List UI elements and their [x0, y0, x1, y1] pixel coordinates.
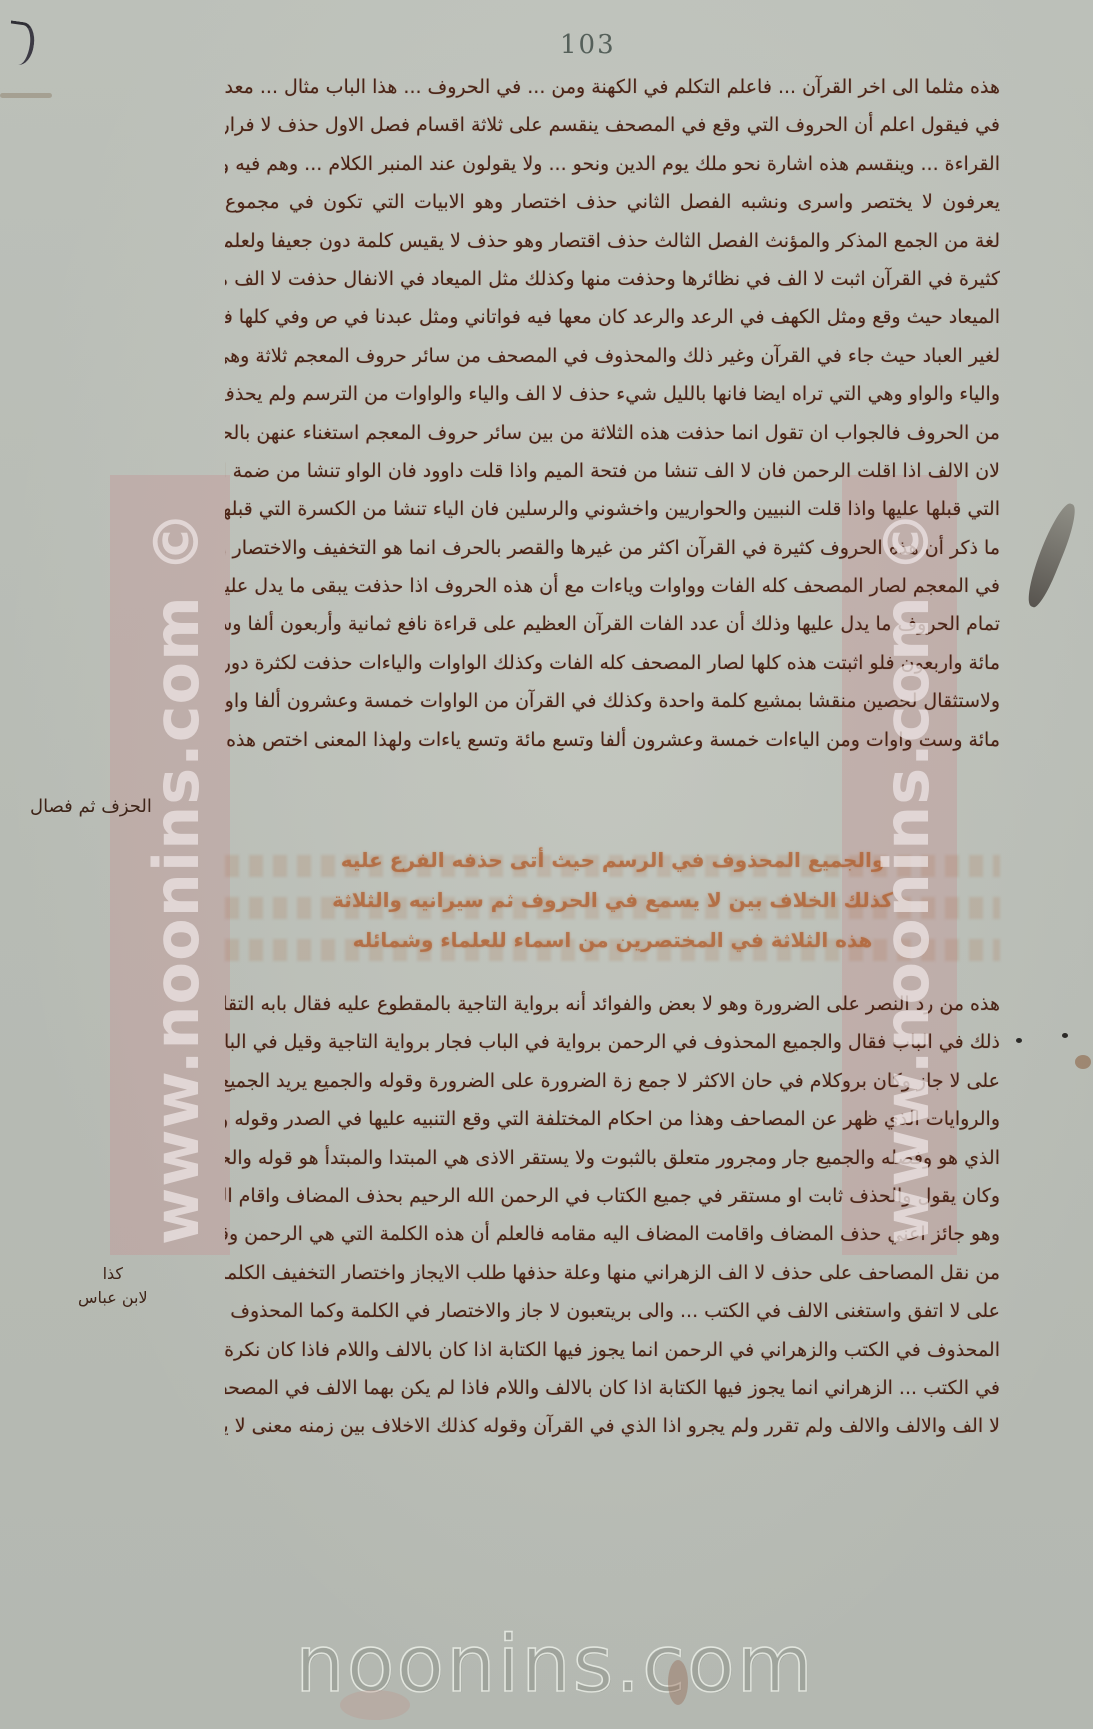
- paper-stain: [340, 1690, 410, 1720]
- text-line: لغة من الجمع المذكر والمؤنث الفصل الثالث…: [225, 222, 1000, 260]
- text-line: والياء والواو وهي التي تراه ايضا فانها ب…: [225, 375, 1000, 413]
- text-line: هذه مثلما الى اخر القرآن ... فاعلم التكل…: [225, 68, 1000, 106]
- text-line: في الكتب ... الزهراني انما يجوز فيها الك…: [225, 1369, 1000, 1407]
- margin-note-line: كذا: [78, 1262, 148, 1286]
- paper-stain: [668, 1660, 688, 1705]
- right-edge-ink-stroke: [1020, 500, 1082, 610]
- text-line: من الحروف فالجواب ان تقول انما حذفت هذه …: [225, 414, 1000, 452]
- ink-dot: [1062, 1033, 1068, 1038]
- text-line: القراءة ... وينقسم هذه اشارة نحو ملك يوم…: [225, 145, 1000, 183]
- page-number: 103: [560, 30, 616, 60]
- manuscript-page: 103 هذه مثلما الى اخر القرآن ... فاعلم ا…: [0, 0, 1093, 1729]
- watermark-bottom: noonins.com: [235, 1620, 875, 1710]
- text-line: من نقل المصاحف على حذف لا الف الزهراني م…: [225, 1254, 1000, 1292]
- corner-stain: [0, 93, 52, 98]
- ink-stain: [1075, 1055, 1091, 1069]
- text-line: يعرفون لا يختصر واسرى ونشبه الفصل الثاني…: [225, 183, 1000, 221]
- margin-note-line: لابن عباس: [78, 1286, 148, 1310]
- text-line: لا الف والالف والالف ولم تقرر ولم يجرو ا…: [225, 1407, 1000, 1445]
- text-line: الميعاد حيث وقع ومثل الكهف في الرعد والر…: [225, 298, 1000, 336]
- text-line: كثيرة في القرآن اثبت لا الف في نظائرها و…: [225, 260, 1000, 298]
- watermark-text-right: www.noonins.com ©: [870, 510, 943, 1245]
- margin-note-correction: الحزف ثم فصال: [30, 796, 152, 817]
- text-line: في فيقول اعلم أن الحروف التي وقع في المص…: [225, 106, 1000, 144]
- watermark-text-left: www.noonins.com ©: [140, 510, 213, 1245]
- text-line: المحذوف في الكتب والزهراني في الرحمن انم…: [225, 1331, 1000, 1369]
- text-line: لان الالف اذا اقلت الرحمن فان لا الف تنش…: [225, 452, 1000, 490]
- corner-ink-mark: [5, 20, 37, 66]
- ink-dot: [1016, 1038, 1022, 1043]
- margin-note-attribution: كذا لابن عباس: [78, 1262, 148, 1310]
- text-line: على لا اتفق واستغنى الالف في الكتب ... و…: [225, 1292, 1000, 1330]
- text-line: لغير العباد حيث جاء في القرآن وغير ذلك و…: [225, 337, 1000, 375]
